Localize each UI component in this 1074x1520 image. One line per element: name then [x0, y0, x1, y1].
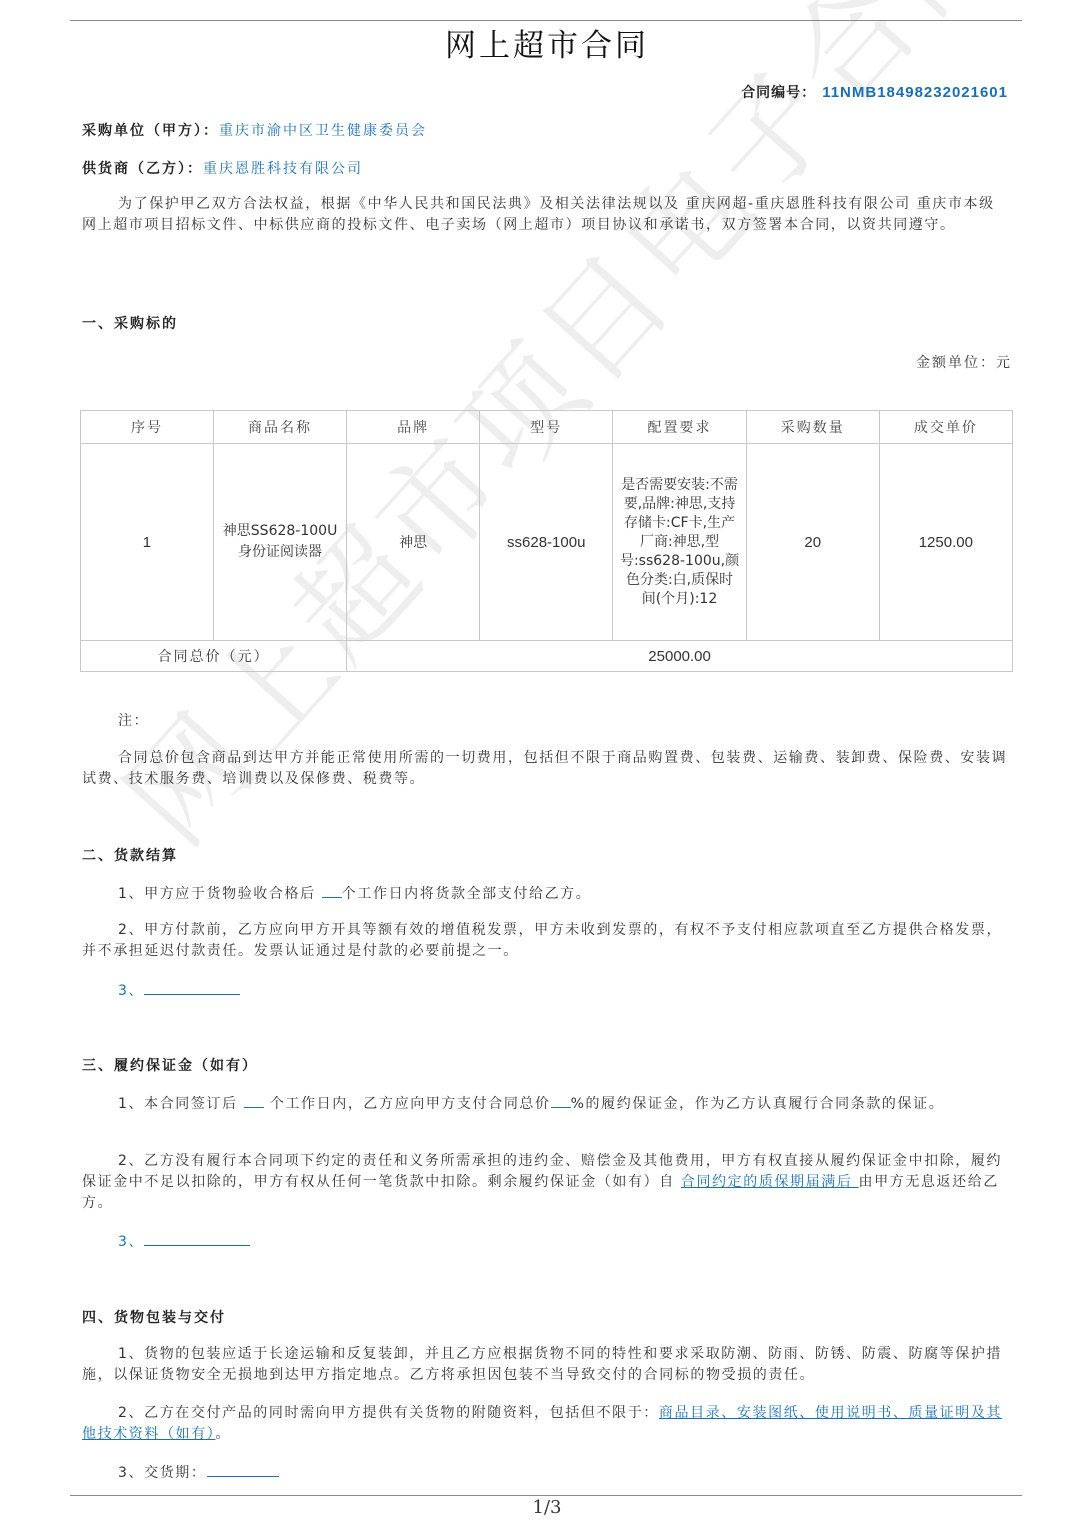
note-label: 注：: [82, 711, 1012, 732]
section4-item2: 2、乙方在交付产品的同时需向甲方提供有关货物的附随资料，包括但不限于：商品目录、…: [82, 1403, 1012, 1445]
section4-item3: 3、交货期：: [82, 1462, 1012, 1484]
payment-days-blank[interactable]: [322, 883, 342, 898]
cell-name: 神思SS628-100U身份证阅读器: [213, 444, 346, 641]
section4-item1: 1、货物的包装应适于长途运输和反复装卸，并且乙方应根据货物不同的特性和要求采取防…: [82, 1344, 1012, 1386]
section2-item1: 1、甲方应于货物验收合格后 个工作日内将货款全部支付给乙方。: [82, 883, 1012, 905]
cell-model: ss628-100u: [480, 444, 613, 641]
section4-item2-b: 。: [215, 1426, 231, 1442]
cell-quantity: 20: [746, 444, 879, 641]
section2-item1-prefix: 1、甲方应于货物验收合格后: [118, 886, 322, 902]
col-header-index: 序号: [81, 411, 214, 444]
section3-item3-blank[interactable]: [144, 1231, 250, 1246]
table-total-row: 合同总价（元） 25000.00: [81, 641, 1013, 672]
cell-brand: 神思: [347, 444, 480, 641]
section3-item1-c: %的履约保证金，作为乙方认真履行合同条款的保证。: [571, 1096, 945, 1112]
amount-unit: 金额单位：元: [916, 352, 1012, 372]
delivery-period-blank[interactable]: [207, 1462, 279, 1477]
total-value: 25000.00: [347, 641, 1013, 672]
cell-index: 1: [81, 444, 214, 641]
purchaser-line: 采购单位（甲方）：重庆市渝中区卫生健康委员会: [82, 120, 427, 140]
deposit-days-blank[interactable]: [244, 1093, 264, 1108]
col-header-brand: 品牌: [347, 411, 480, 444]
section2-item3: 3、: [82, 980, 1012, 1002]
section2-item1-suffix: 个工作日内将货款全部支付给乙方。: [342, 886, 592, 902]
note-text: 合同总价包含商品到达甲方并能正常使用所需的一切费用，包括但不限于商品购置费、包装…: [82, 748, 1012, 790]
document-title: 网上超市合同: [0, 20, 1074, 65]
section1-heading: 一、采购标的: [82, 313, 178, 333]
section4-heading: 四、货物包装与交付: [82, 1307, 226, 1327]
items-table: 序号 商品名称 品牌 型号 配置要求 采购数量 成交单价 1 神思SS628-1…: [80, 410, 1013, 672]
col-header-unit-price: 成交单价: [879, 411, 1012, 444]
contract-number-label: 合同编号：: [741, 85, 816, 101]
purchaser-label: 采购单位（甲方）：: [82, 123, 219, 139]
supplier-label: 供货商（乙方）：: [82, 161, 203, 177]
section2-heading: 二、货款结算: [82, 845, 178, 865]
col-header-config: 配置要求: [613, 411, 746, 444]
section4-item2-a: 2、乙方在交付产品的同时需向甲方提供有关货物的附随资料，包括但不限于：: [118, 1405, 659, 1421]
cell-unit-price: 1250.00: [879, 444, 1012, 641]
cell-config: 是否需要安装:不需要,品牌:神思,支持存储卡:CF卡,生产厂商:神思,型号:ss…: [613, 444, 746, 641]
section3-item3: 3、: [82, 1231, 1012, 1253]
section3-heading: 三、履约保证金（如有）: [82, 1055, 258, 1075]
section2-item2: 2、甲方付款前，乙方应向甲方开具等额有效的增值税发票，甲方未收到发票的，有权不予…: [82, 920, 1012, 962]
col-header-model: 型号: [480, 411, 613, 444]
purchaser-value: 重庆市渝中区卫生健康委员会: [219, 123, 427, 139]
page-indicator: 1/3: [0, 1497, 1074, 1518]
supplier-value: 重庆恩胜科技有限公司: [203, 161, 363, 177]
total-label: 合同总价（元）: [81, 641, 347, 672]
col-header-quantity: 采购数量: [746, 411, 879, 444]
col-header-name: 商品名称: [213, 411, 346, 444]
section3-item1: 1、本合同签订后 个工作日内，乙方应向甲方支付合同总价%的履约保证金，作为乙方认…: [82, 1093, 1012, 1115]
section3-item1-b: 个工作日内，乙方应向甲方支付合同总价: [264, 1096, 551, 1112]
supplier-line: 供货商（乙方）：重庆恩胜科技有限公司: [82, 158, 363, 178]
section3-item1-a: 1、本合同签订后: [118, 1096, 244, 1112]
table-header-row: 序号 商品名称 品牌 型号 配置要求 采购数量 成交单价: [81, 411, 1013, 444]
contract-number-value: 11NMB18498232021601: [822, 84, 1008, 101]
warranty-expiry-link[interactable]: 合同约定的质保期届满后: [681, 1174, 859, 1190]
footer-rule: [70, 1495, 1022, 1496]
contract-number: 合同编号：11NMB18498232021601: [741, 82, 1008, 102]
preamble: 为了保护甲乙双方合法权益，根据《中华人民共和国民法典》及相关法律法规以及 重庆网…: [82, 194, 1012, 236]
section2-item3-blank[interactable]: [144, 980, 240, 995]
section3-item3-prefix: 3、: [118, 1234, 144, 1250]
section3-item2: 2、乙方没有履行本合同项下约定的责任和义务所需承担的违约金、赔偿金及其他费用，甲…: [82, 1151, 1012, 1214]
deposit-percent-blank[interactable]: [551, 1093, 571, 1108]
table-row: 1 神思SS628-100U身份证阅读器 神思 ss628-100u 是否需要安…: [81, 444, 1013, 641]
section2-item3-prefix: 3、: [118, 983, 144, 999]
section4-item3-prefix: 3、交货期：: [118, 1465, 207, 1481]
